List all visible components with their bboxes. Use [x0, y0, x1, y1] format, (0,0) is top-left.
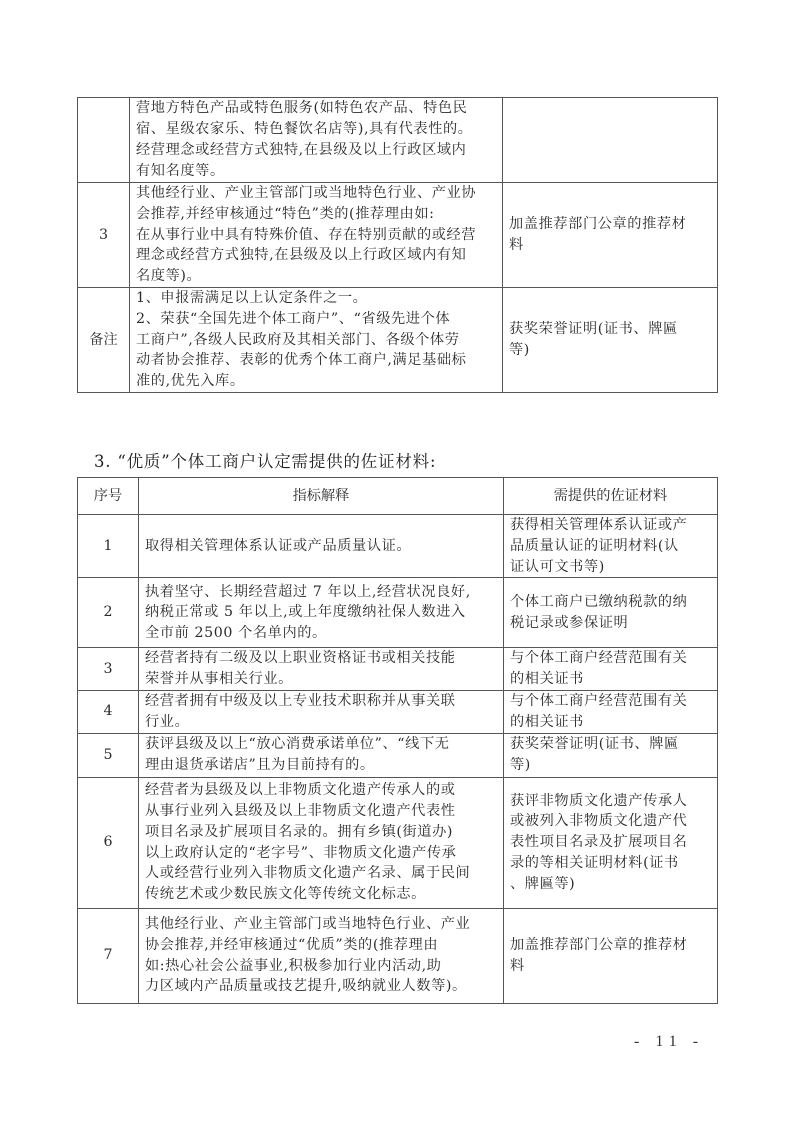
explanation-cell: 1、申报需满足以上认定条件之一。 2、荣获“全国先进个体工商户”、“省级先进个体…	[130, 288, 503, 393]
explanation-cell: 其他经行业、产业主管部门或当地特色行业、产业 协会推荐,并经审核通过“优质”类的…	[139, 908, 504, 1003]
text-line: 会推荐,并经审核通过“特色”类的(推荐理由如:	[136, 204, 496, 225]
material-cell: 与个体工商户经营范围有关 的相关证书	[504, 648, 718, 691]
text-line: 等)	[509, 340, 711, 361]
text-line: 工商户”,各级人民政府及其相关部门、各级个体劳	[136, 330, 496, 351]
text-line: 人或经营行业列入非物质文化遗产名录、属于民间	[145, 863, 497, 884]
text-line: 宿、星级农家乐、特色餐饮名店等),具有代表性的。	[136, 119, 496, 140]
explanation-cell: 经营者为县级及以上非物质文化遗产传承人的或 从事行业列入县级及以上非物质文化遗产…	[139, 777, 504, 908]
table-row: 4 经营者拥有中级及以上专业技术职称并从事关联 行业。 与个体工商户经营范围有关…	[78, 690, 718, 733]
text-line: 加盖推荐部门公章的推荐材	[509, 214, 711, 235]
text-line: 等)	[510, 755, 711, 776]
text-line: 与个体工商户经营范围有关	[510, 648, 711, 669]
text-line: 以上政府认定的“老字号”、非物质文化遗产传承	[145, 843, 497, 864]
text-line: 与个体工商户经营范围有关	[510, 691, 711, 712]
text-line: 执着坚守、长期经营超过 7 年以上,经营状况良好,	[145, 582, 497, 603]
table-header-row: 序号 指标解释 需提供的佐证材料	[78, 478, 718, 515]
explanation-cell: 获评县级及以上“放心消费承诺单位”、“线下无 理由退货承诺店”且为目前持有的。	[139, 733, 504, 777]
text-line: 的相关证书	[510, 669, 711, 690]
text-line: 经营者持有二级及以上职业资格证书或相关技能	[145, 648, 497, 669]
text-line: 、牌匾等)	[510, 874, 711, 895]
table-row: 7 其他经行业、产业主管部门或当地特色行业、产业 协会推荐,并经审核通过“优质”…	[78, 908, 718, 1003]
text-line: 获评非物质文化遗产传承人	[510, 791, 711, 812]
material-cell: 获得相关管理体系认证或产 品质量认证的证明材料(认 证认可文书等)	[504, 515, 718, 578]
material-cell: 获评非物质文化遗产传承人 或被列入非物质文化遗产代 表性项目名录及扩展项目名 录…	[504, 777, 718, 908]
text-line: 料	[510, 956, 711, 977]
table-row: 1 取得相关管理体系认证或产品质量认证。 获得相关管理体系认证或产 品质量认证的…	[78, 515, 718, 578]
text-line: 项目名录及扩展项目名录的。拥有乡镇(街道办)	[145, 822, 497, 843]
text-line: 理由退货承诺店”且为目前持有的。	[145, 755, 497, 776]
text-line: 获得相关管理体系认证或产	[510, 515, 711, 536]
material-cell: 个体工商户已缴纳税款的纳 税记录或参保证明	[504, 578, 718, 648]
text-line: 从事行业列入县级及以上非物质文化遗产代表性	[145, 801, 497, 822]
material-cell: 加盖推荐部门公章的推荐材 料	[504, 908, 718, 1003]
explanation-cell: 经营者持有二级及以上职业资格证书或相关技能 荣誉并从事相关行业。	[139, 648, 504, 691]
text-line: 其他经行业、产业主管部门或当地特色行业、产业协	[136, 183, 496, 204]
text-line: 的相关证书	[510, 712, 711, 733]
explanation-cell: 营地方特色产品或特色服务(如特色农产品、特色民 宿、星级农家乐、特色餐饮名店等)…	[130, 98, 503, 183]
table-youzhi-materials: 序号 指标解释 需提供的佐证材料 1 取得相关管理体系认证或产品质量认证。 获得…	[77, 477, 718, 1004]
text-line: 税记录或参保证明	[510, 613, 711, 634]
table-row: 营地方特色产品或特色服务(如特色农产品、特色民 宿、星级农家乐、特色餐饮名店等)…	[78, 98, 718, 183]
explanation-cell: 其他经行业、产业主管部门或当地特色行业、产业协 会推荐,并经审核通过“特色”类的…	[130, 183, 503, 288]
text-line: 理念或经营方式独特,在县级及以上行政区域内有知	[136, 245, 496, 266]
column-header-materials: 需提供的佐证材料	[504, 478, 718, 515]
text-line: 有知名度等。	[136, 161, 496, 182]
text-line: 经营者拥有中级及以上专业技术职称并从事关联	[145, 691, 497, 712]
row-number: 4	[78, 690, 139, 733]
explanation-cell: 执着坚守、长期经营超过 7 年以上,经营状况良好, 纳税正常或 5 年以上,或上…	[139, 578, 504, 648]
column-header-explanation: 指标解释	[139, 478, 504, 515]
remarks-label: 备注	[78, 288, 130, 393]
text-line: 证认可文书等)	[510, 557, 711, 578]
table-row: 5 获评县级及以上“放心消费承诺单位”、“线下无 理由退货承诺店”且为目前持有的…	[78, 733, 718, 777]
text-line: 如:热心社会公益事业,积极参加行业内活动,助	[145, 956, 497, 977]
table-row: 6 经营者为县级及以上非物质文化遗产传承人的或 从事行业列入县级及以上非物质文化…	[78, 777, 718, 908]
text-line: 荣誉并从事相关行业。	[145, 669, 497, 690]
text-line: 2、荣获“全国先进个体工商户”、“省级先进个体	[136, 309, 496, 330]
text-line: 全市前 2500 个名单内的。	[145, 623, 497, 644]
text-line: 力区域内产品质量或技艺提升,吸纳就业人数等)。	[145, 976, 497, 997]
row-number: 5	[78, 733, 139, 777]
material-cell: 获奖荣誉证明(证书、牌匾 等)	[503, 288, 718, 393]
text-line: 传统艺术或少数民族文化等传统文化标志。	[145, 884, 497, 905]
table-row: 3 其他经行业、产业主管部门或当地特色行业、产业协 会推荐,并经审核通过“特色”…	[78, 183, 718, 288]
text-line: 行业。	[145, 712, 497, 733]
column-header-number: 序号	[78, 478, 139, 515]
text-line: 获奖荣誉证明(证书、牌匾	[509, 319, 711, 340]
row-number: 1	[78, 515, 139, 578]
text-line: 纳税正常或 5 年以上,或上年度缴纳社保人数进入	[145, 602, 497, 623]
text-line: 加盖推荐部门公章的推荐材	[510, 935, 711, 956]
text-line: 协会推荐,并经审核通过“优质”类的(推荐理由	[145, 935, 497, 956]
text-line: 动者协会推荐、表彰的优秀个体工商户,满足基础标	[136, 350, 496, 371]
row-number	[78, 98, 130, 183]
text-line: 取得相关管理体系认证或产品质量认证。	[145, 536, 497, 557]
row-number: 3	[78, 648, 139, 691]
text-line: 个体工商户已缴纳税款的纳	[510, 592, 711, 613]
text-line: 1、申报需满足以上认定条件之一。	[136, 288, 496, 309]
table-row: 备注 1、申报需满足以上认定条件之一。 2、荣获“全国先进个体工商户”、“省级先…	[78, 288, 718, 393]
text-line: 获评县级及以上“放心消费承诺单位”、“线下无	[145, 734, 497, 755]
text-line: 营地方特色产品或特色服务(如特色农产品、特色民	[136, 98, 496, 119]
page-number: - 11 -	[634, 1033, 704, 1051]
table-tese-continued: 营地方特色产品或特色服务(如特色农产品、特色民 宿、星级农家乐、特色餐饮名店等)…	[77, 97, 718, 393]
text-line: 料	[509, 235, 711, 256]
material-cell	[503, 98, 718, 183]
row-number: 6	[78, 777, 139, 908]
explanation-cell: 经营者拥有中级及以上专业技术职称并从事关联 行业。	[139, 690, 504, 733]
row-number: 3	[78, 183, 130, 288]
row-number: 2	[78, 578, 139, 648]
material-cell: 获奖荣誉证明(证书、牌匾 等)	[504, 733, 718, 777]
text-line: 其他经行业、产业主管部门或当地特色行业、产业	[145, 914, 497, 935]
text-line: 录的等相关证明材料(证书	[510, 853, 711, 874]
section-heading: 3. “优质”个体工商户认定需提供的佐证材料:	[94, 448, 436, 472]
document-page: 营地方特色产品或特色服务(如特色农产品、特色民 宿、星级农家乐、特色餐饮名店等)…	[0, 0, 793, 1122]
material-cell: 加盖推荐部门公章的推荐材 料	[503, 183, 718, 288]
text-line: 经营理念或经营方式独特,在县级及以上行政区域内	[136, 140, 496, 161]
text-line: 获奖荣誉证明(证书、牌匾	[510, 734, 711, 755]
row-number: 7	[78, 908, 139, 1003]
text-line: 品质量认证的证明材料(认	[510, 536, 711, 557]
text-line: 准的,优先入库。	[136, 371, 496, 392]
table-row: 2 执着坚守、长期经营超过 7 年以上,经营状况良好, 纳税正常或 5 年以上,…	[78, 578, 718, 648]
text-line: 名度等)。	[136, 266, 496, 287]
material-cell: 与个体工商户经营范围有关 的相关证书	[504, 690, 718, 733]
table-row: 3 经营者持有二级及以上职业资格证书或相关技能 荣誉并从事相关行业。 与个体工商…	[78, 648, 718, 691]
text-line: 表性项目名录及扩展项目名	[510, 832, 711, 853]
explanation-cell: 取得相关管理体系认证或产品质量认证。	[139, 515, 504, 578]
text-line: 经营者为县级及以上非物质文化遗产传承人的或	[145, 780, 497, 801]
text-line: 或被列入非物质文化遗产代	[510, 811, 711, 832]
text-line: 在从事行业中具有特殊价值、存在特别贡献的或经营	[136, 225, 496, 246]
